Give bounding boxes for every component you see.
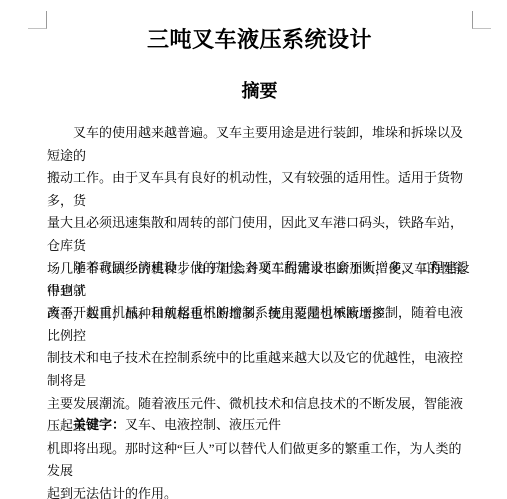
abstract-heading: 摘要	[47, 79, 472, 103]
keywords-label: 关键字：	[73, 417, 125, 432]
margin-mark-top-right-icon	[472, 11, 491, 29]
keywords-text: 叉车、电液控制、液压元件	[125, 417, 281, 432]
keywords-line: 关键字：叉车、电液控制、液压元件	[47, 414, 473, 437]
document-title: 三吨叉车液压系统设计	[47, 26, 472, 54]
margin-mark-top-left-icon	[28, 11, 47, 29]
document-page: 三吨叉车液压系统设计 摘要 叉车的使用越来越普遍。叉车主要用途是进行装卸，堆垛和…	[0, 0, 507, 499]
abstract-paragraph-2: 随着我国经济建设步伐的加快,各项工程建设也会不断增多， 工程建设中也就 离不开起…	[47, 257, 473, 499]
